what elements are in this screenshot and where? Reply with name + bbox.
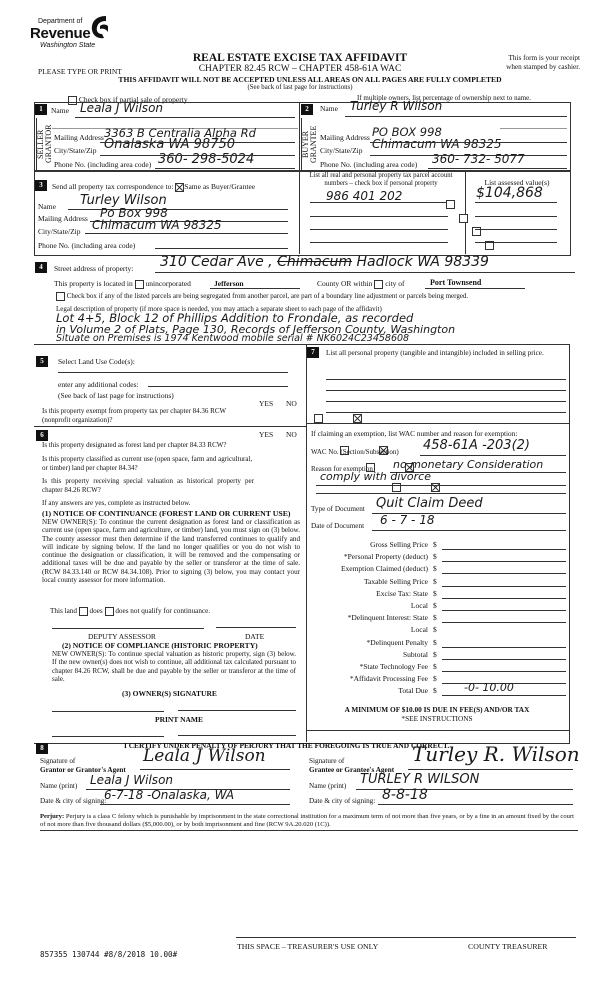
seller-city-field[interactable]: Onalaska WA 98750 — [104, 137, 235, 152]
personal-property-deduct-field[interactable] — [442, 561, 566, 562]
segregated-checkbox[interactable] — [56, 292, 65, 301]
grantee-name-field[interactable]: TURLEY R WILSON — [360, 772, 479, 787]
street-address-field[interactable]: 310 Cedar Ave , Chimacum Hadlock WA 9833… — [160, 254, 489, 270]
personal-property-line-1[interactable] — [326, 379, 566, 380]
exemption-claimed-field[interactable] — [442, 573, 566, 574]
does-qualify-checkbox[interactable] — [79, 607, 88, 616]
section-7-badge: 7 — [307, 347, 319, 358]
receipt-note-1: This form is your receipt — [470, 54, 580, 62]
additional-codes-field[interactable] — [148, 386, 288, 387]
form-warning: THIS AFFIDAVIT WILL NOT BE ACCEPTED UNLE… — [40, 75, 580, 84]
county-field[interactable]: Jefferson — [214, 279, 244, 288]
notice-continuance-title: (1) NOTICE OF CONTINUANCE (FOREST LAND O… — [42, 509, 291, 518]
grantor-signature-field[interactable]: Leala J Wilson — [143, 746, 266, 766]
state-technology-fee-field[interactable] — [442, 671, 566, 672]
amount-row: *Personal Property (deduct) $ — [306, 552, 568, 564]
grantor-name-label: Name (print) — [40, 782, 77, 790]
delinquent-interest-state-field[interactable] — [442, 622, 566, 623]
personal-property-checkbox-1[interactable] — [459, 214, 468, 223]
buyer-city-field[interactable]: Chimacum WA 98325 — [372, 137, 502, 151]
county-or-within: County OR within city of — [317, 279, 405, 289]
dor-swoosh-icon — [88, 14, 110, 40]
personal-property-line-4[interactable] — [326, 412, 566, 413]
owner-signature-field-2[interactable] — [178, 710, 296, 711]
gross-selling-price-field[interactable] — [442, 549, 566, 550]
owner-print-name-field-1[interactable] — [52, 736, 164, 737]
city-field[interactable]: Port Townsend — [430, 278, 481, 287]
designation-q1: Is this property designated as forest la… — [42, 441, 254, 450]
doc-type-field[interactable]: Quit Claim Deed — [376, 496, 483, 511]
assessor-date-label: DATE — [245, 632, 264, 641]
excise-state-field[interactable] — [442, 598, 566, 599]
grantor-signature-label: Signature of Grantor or Grantor's Agent — [40, 757, 126, 774]
grantor-date-label: Date & city of signing: — [40, 797, 106, 805]
subtotal-field[interactable] — [442, 659, 566, 660]
amount-row: Local $ — [306, 625, 568, 637]
additional-codes-label: enter any additional codes: — [58, 380, 139, 389]
corr-phone-label: Phone No. (including area code) — [38, 241, 135, 250]
wac-label: WAC No. (Section/Subsection) — [311, 448, 399, 456]
grantee-date-label: Date & city of signing: — [309, 797, 375, 805]
yes-header-5: YES — [259, 399, 273, 408]
amount-row: Total Due $ -0- 10.00 — [306, 686, 568, 698]
located-row: This property is located in unincorporat… — [54, 279, 191, 289]
dor-logo: Department of Revenue Washington State — [30, 14, 110, 54]
city-checkbox[interactable] — [374, 280, 383, 289]
segregated-row: Check box if any of the listed parcels a… — [56, 292, 468, 301]
corr-name-label: Name — [38, 202, 56, 211]
owner-signature-field-1[interactable] — [52, 711, 164, 712]
corr-mailing-label: Mailing Address — [38, 214, 88, 223]
yes-header-6: YES — [259, 430, 273, 439]
buyer-mailing-label: Mailing Address — [320, 133, 370, 142]
form-title: REAL ESTATE EXCISE TAX AFFIDAVIT — [150, 52, 450, 64]
total-due-field[interactable]: -0- 10.00 — [464, 681, 514, 694]
exempt-no-checkbox[interactable] — [353, 414, 362, 423]
section-4-badge: 4 — [35, 262, 47, 273]
no-header-6: NO — [286, 430, 297, 439]
same-as-buyer-checkbox[interactable] — [175, 183, 184, 192]
seller-name-field[interactable]: Leala J Wilson — [80, 101, 163, 115]
amount-row: *Delinquent Interest: State $ — [306, 613, 568, 625]
section-6-badge: 6 — [36, 430, 48, 441]
land-use-label: Select Land Use Code(s): — [58, 357, 135, 366]
see-back-note: (See back of last page for instructions) — [150, 84, 450, 91]
perjury-note: Perjury: Perjury is a class C felony whi… — [40, 813, 578, 829]
grantor-name-field[interactable]: Leala J Wilson — [90, 773, 173, 787]
seller-city-label: City/State/Zip — [54, 146, 97, 155]
designation-q3: Is this property receiving special valua… — [42, 477, 254, 495]
assessed-value-0[interactable]: $104,868 — [476, 185, 543, 201]
corr-city-field[interactable]: Chimacum WA 98325 — [92, 218, 222, 232]
section-8-badge: 8 — [36, 743, 48, 754]
amount-row: Subtotal $ — [306, 650, 568, 662]
notice-continuance-body: NEW OWNER(S): To continue the current de… — [42, 518, 300, 584]
seller-mailing-label: Mailing Address — [54, 133, 104, 142]
exemption-reason-line-2[interactable]: comply with divorce — [320, 470, 431, 483]
exemption-label: If claiming an exemption, list WAC numbe… — [311, 429, 517, 438]
amount-row: Excise Tax: State $ — [306, 589, 568, 601]
exempt-yes-checkbox[interactable] — [314, 414, 323, 423]
personal-property-label: List all personal property (tangible and… — [326, 348, 566, 358]
notice-compliance-body: NEW OWNER(S): To continue special valuat… — [52, 650, 296, 683]
see-instructions-note: *SEE INSTRUCTIONS — [306, 714, 568, 723]
seller-name-label: Name — [51, 106, 69, 115]
doc-date-label: Date of Document — [311, 522, 364, 530]
corr-phone-field[interactable] — [155, 248, 288, 249]
taxable-selling-price-field[interactable] — [442, 586, 566, 587]
if-yes-note: If any answers are yes, complete as inst… — [42, 499, 190, 507]
exempt-question: Is this property exempt from property ta… — [42, 407, 232, 424]
dor-logo-dept: Department of — [38, 18, 82, 25]
buyer-side-label: BUYERGRANTEE — [301, 118, 318, 170]
doc-date-field[interactable]: 6 - 7 - 18 — [380, 513, 434, 527]
section-2-badge: 2 — [301, 104, 313, 115]
amount-row: Gross Selling Price $ — [306, 540, 568, 552]
doc-type-label: Type of Document — [311, 505, 365, 513]
correspondence-label: Send all property tax correspondence to:… — [52, 182, 255, 192]
no-header-5: NO — [286, 399, 297, 408]
land-use-field[interactable] — [58, 372, 288, 373]
seller-phone-label: Phone No. (including area code) — [54, 160, 151, 169]
amounts-table: Gross Selling Price $ *Personal Property… — [306, 540, 568, 698]
deputy-assessor-field[interactable] — [52, 628, 204, 629]
delinquent-penalty-field[interactable] — [442, 647, 566, 648]
this-land-row: This land does does not qualify for cont… — [50, 607, 210, 616]
unincorporated-checkbox[interactable] — [135, 280, 144, 289]
owner-print-name-field-2[interactable] — [178, 735, 296, 736]
receipt-note-2: when stamped by cashier. — [470, 63, 580, 71]
assessor-date-field[interactable] — [216, 627, 296, 628]
notice-compliance-title: (2) NOTICE OF COMPLIANCE (HISTORIC PROPE… — [62, 641, 258, 650]
corr-city-label: City/State/Zip — [38, 227, 81, 236]
treasurer-use-label: THIS SPACE – TREASURER'S USE ONLY — [237, 942, 378, 951]
does-not-qualify-checkbox[interactable] — [105, 607, 114, 616]
designation-q2: Is this property classified as current u… — [42, 455, 254, 473]
amount-row: Exemption Claimed (deduct) $ — [306, 564, 568, 576]
personal-property-checkbox-0[interactable] — [446, 200, 455, 209]
section-1-badge: 1 — [35, 104, 47, 115]
buyer-city-label: City/State/Zip — [320, 146, 363, 155]
dor-logo-revenue: Revenue — [30, 25, 90, 42]
excise-local-field[interactable] — [442, 610, 566, 611]
grantee-name-label: Name (print) — [309, 782, 346, 790]
dor-logo-state: Washington State — [40, 42, 95, 49]
amount-row: *Affidavit Processing Fee $ — [306, 674, 568, 686]
minimum-due-note: A MINIMUM OF $10.00 IS DUE IN FEE(S) AND… — [306, 705, 568, 714]
amount-row: *State Technology Fee $ — [306, 662, 568, 674]
grantee-date-field[interactable]: 8-8-18 — [382, 787, 428, 803]
street-address-label: Street address of property: — [54, 264, 133, 273]
grantor-date-field[interactable]: 6-7-18 -Onalaska, WA — [104, 788, 234, 802]
grantee-signature-field[interactable]: Turley R. Wilson — [412, 742, 580, 766]
land-use-see-back: (See back of last page for instructions) — [58, 391, 174, 400]
personal-property-line-2[interactable] — [326, 390, 566, 391]
section-5-badge: 5 — [36, 356, 48, 367]
wac-field[interactable]: 458-61A -203(2) — [423, 438, 530, 453]
county-treasurer-label: COUNTY TREASURER — [468, 942, 548, 951]
receipt-stamp: 857355 130744 #8/8/2018 10.00# — [40, 950, 177, 959]
buyer-name-field[interactable]: Turley R Wilson — [350, 99, 442, 113]
personal-property-line-3[interactable] — [326, 401, 566, 402]
buyer-name-label: Name — [320, 104, 338, 113]
amount-row: Local $ — [306, 601, 568, 613]
print-name-label: PRINT NAME — [155, 715, 203, 724]
form-subtitle: CHAPTER 82.45 RCW – CHAPTER 458-61A WAC — [150, 64, 450, 74]
amount-row: *Delinquent Penalty $ — [306, 638, 568, 650]
amount-row: Taxable Selling Price $ — [306, 577, 568, 589]
section-3-badge: 3 — [35, 180, 47, 191]
parcel-header: List all real and personal property tax … — [300, 172, 462, 188]
deputy-assessor-label: DEPUTY ASSESSOR — [88, 632, 156, 641]
seller-side-label: SELLERGRANTOR — [36, 118, 53, 170]
parcel-number-0[interactable]: 986 401 202 — [326, 189, 402, 203]
buyer-phone-label: Phone No. (including area code) — [320, 160, 417, 169]
owner-signature-label: (3) OWNER(S) SIGNATURE — [122, 689, 217, 698]
legal-description-line-3[interactable]: Situate on Premises is 1974 Kentwood mob… — [56, 333, 409, 344]
